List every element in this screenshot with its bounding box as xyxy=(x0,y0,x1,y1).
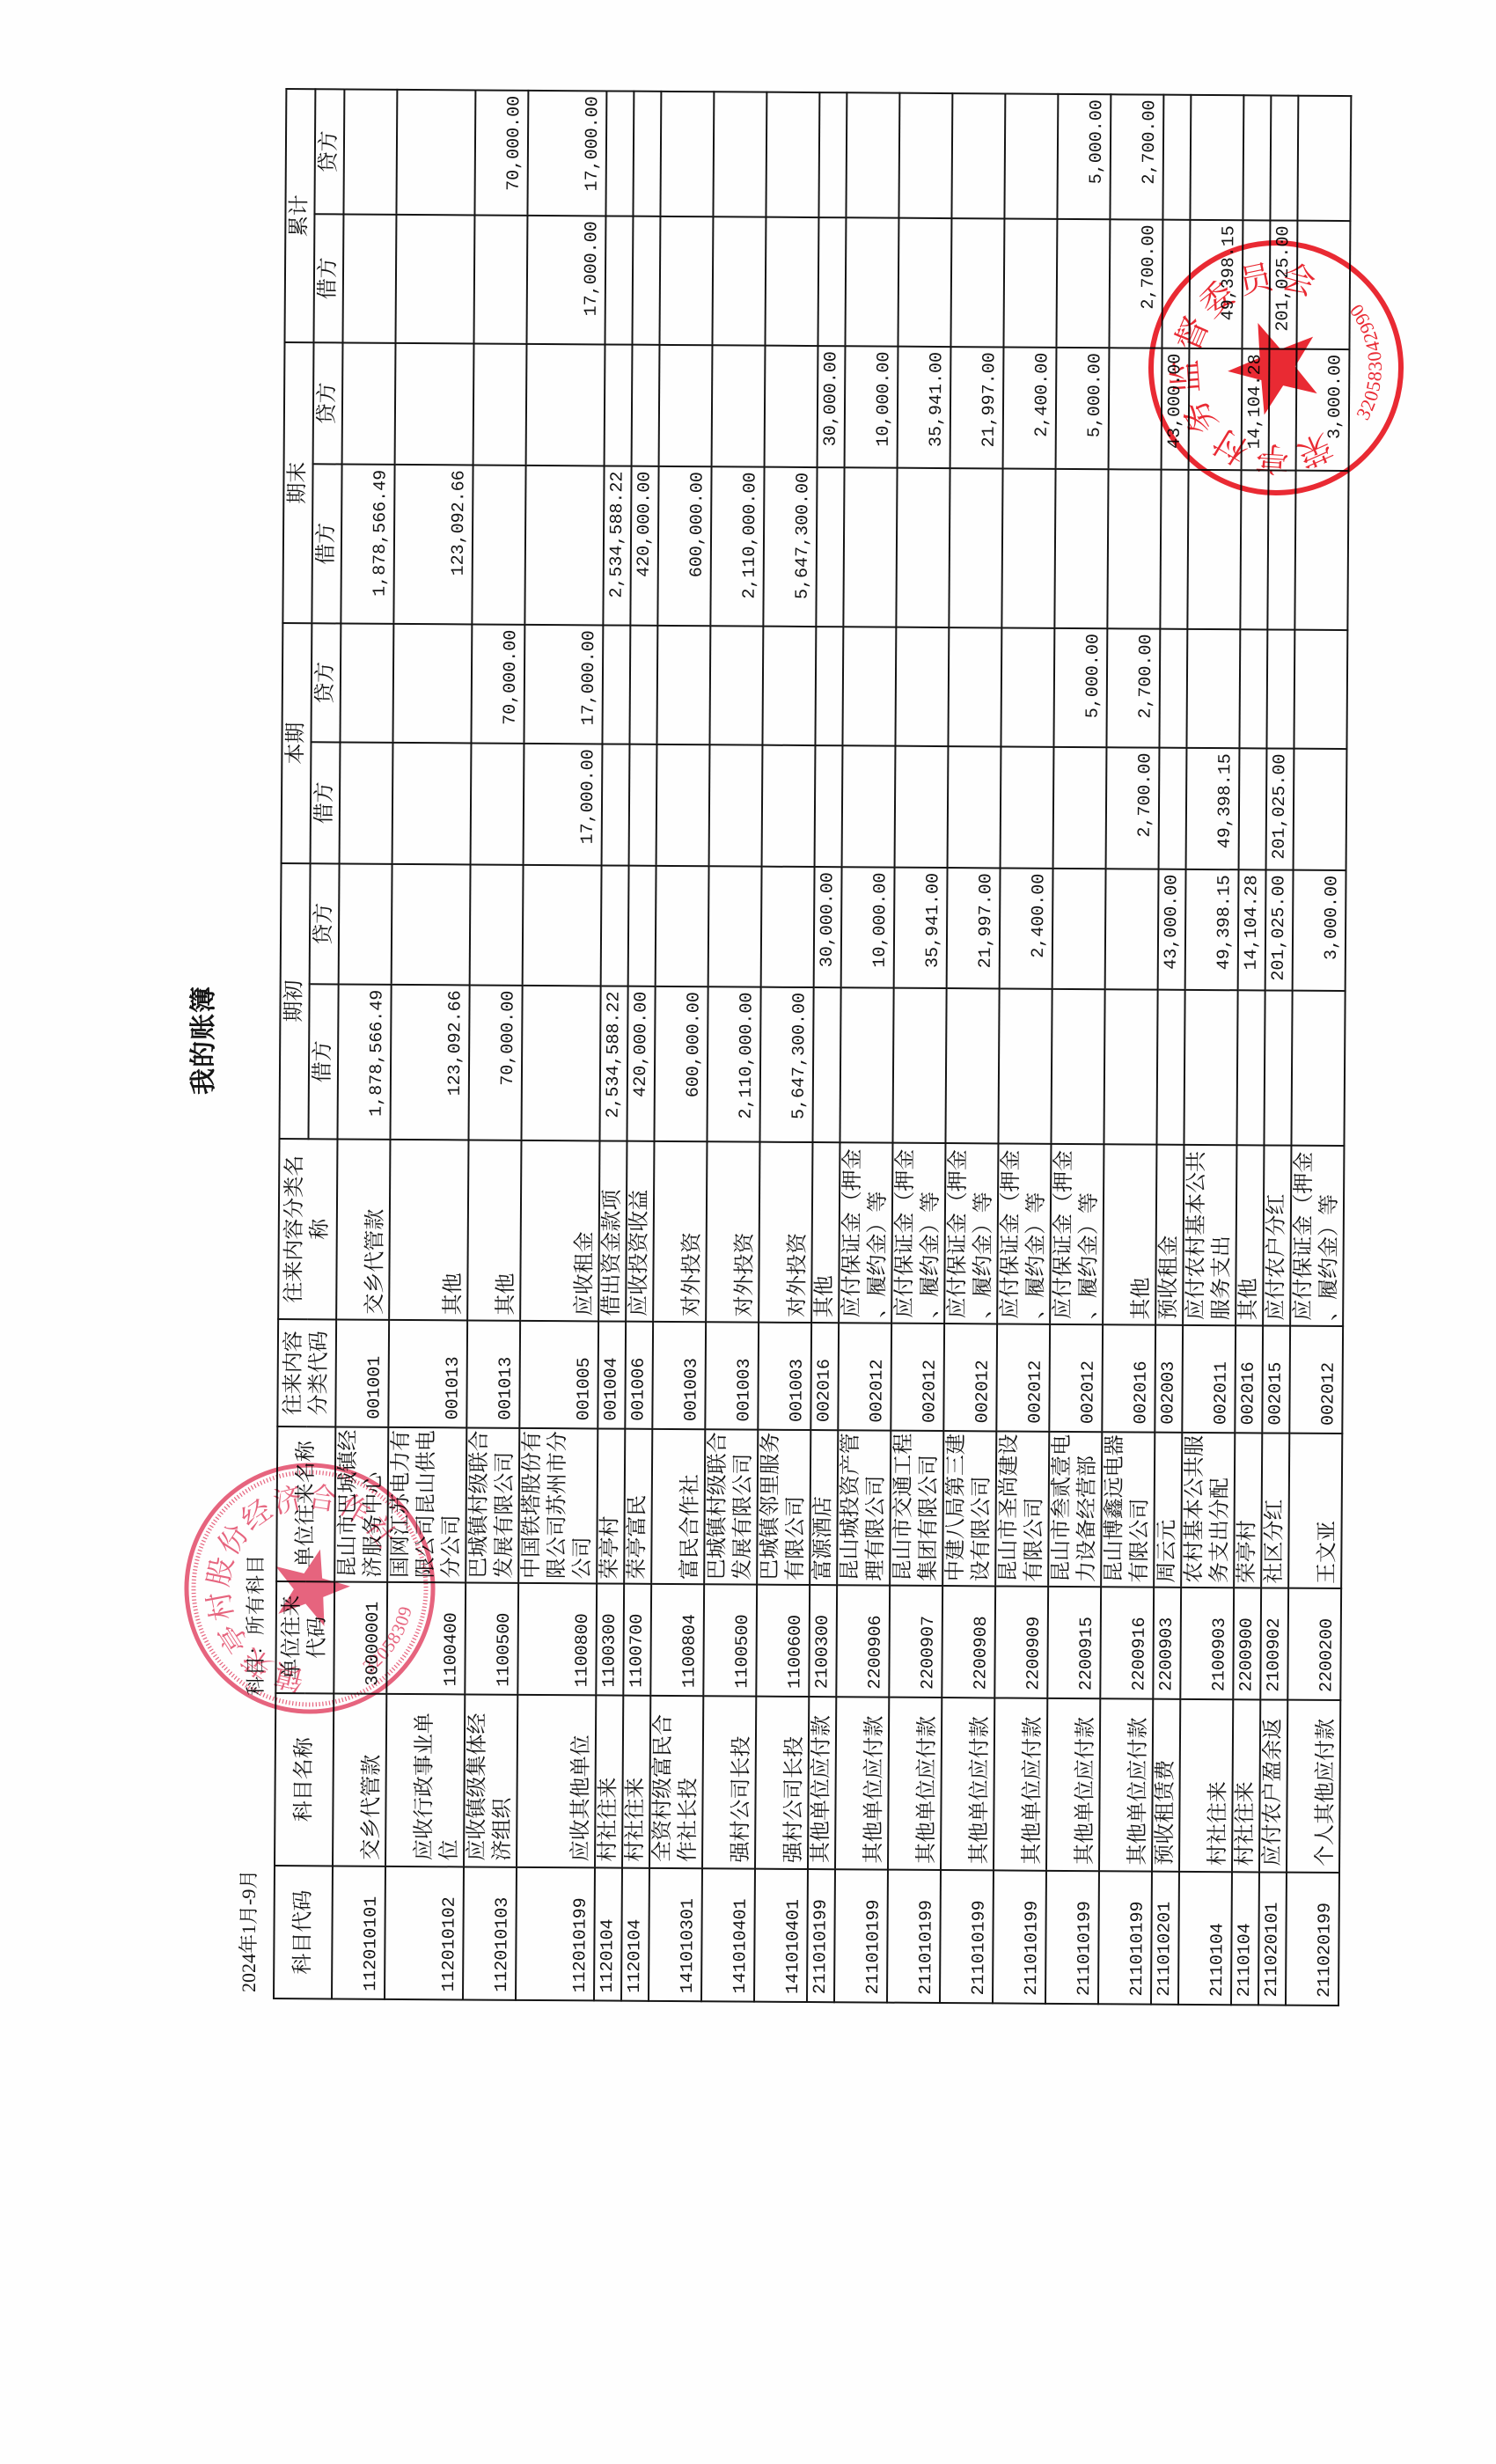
cell-subject-code-value: 211010199 xyxy=(808,1870,834,1994)
cell-unit-name-value: 巴城镇村级联合发展有限公司 xyxy=(705,1430,757,1580)
header-content-name-label: 往来内容分类名称 xyxy=(282,1149,334,1309)
cell-unit-code: 2200908 xyxy=(942,1586,995,1698)
cell-unit-name: 王文亚 xyxy=(1288,1434,1342,1588)
cell-content-name: 其他 xyxy=(1236,1145,1264,1325)
cell-unit-name: 社区分红 xyxy=(1261,1433,1289,1588)
cell-closing-debit-value: 600,000.00 xyxy=(684,472,710,625)
cell-period-credit xyxy=(1159,629,1187,748)
cell-content-name: 应付农户分红 xyxy=(1263,1145,1291,1325)
header-opening-credit: 贷方 xyxy=(310,863,340,984)
cell-subject-name: 应收镇级集体经济组织 xyxy=(464,1694,517,1866)
header-content-name: 往来内容分类名称 xyxy=(278,1139,337,1319)
cell-content-name: 应付保证金（押金、履约金）等 xyxy=(1290,1146,1344,1326)
cell-subject-code-value: 1120104 xyxy=(595,1868,621,1992)
cell-content-name-value: 对外投资 xyxy=(732,1144,759,1316)
cell-subject-name: 其他单位应付款 xyxy=(888,1698,942,1870)
cell-subject-code: 112010103 xyxy=(463,1866,517,1999)
header-closing-credit: 贷方 xyxy=(313,342,343,464)
cell-subject-name: 其他单位应付款 xyxy=(994,1698,1047,1870)
cell-opening-debit-value: 420,000.00 xyxy=(627,992,654,1140)
cell-closing-credit-value: 10,000.00 xyxy=(871,351,898,466)
cell-closing-debit: 600,000.00 xyxy=(657,466,711,626)
cell-opening-debit-value: 1,878,566.49 xyxy=(363,990,390,1139)
cell-opening-debit-value: 5,647,300.00 xyxy=(786,993,812,1141)
cell-period-debit xyxy=(471,743,524,864)
cell-period-credit xyxy=(709,626,763,744)
cell-subject-code-value: 211010199 xyxy=(913,1871,940,1995)
cell-period-credit xyxy=(629,626,657,744)
cell-opening-debit xyxy=(840,987,893,1142)
cell-period-credit-value: 2,700.00 xyxy=(1133,634,1159,746)
cell-closing-debit-value: 1,878,566.49 xyxy=(367,470,393,623)
cell-cumulative-debit xyxy=(950,218,1004,347)
period-label: 2024年1月-9月 xyxy=(234,1870,261,1992)
cell-closing-credit xyxy=(605,344,633,466)
cell-closing-credit xyxy=(659,345,713,466)
cell-closing-credit xyxy=(395,343,474,466)
header-cumulative: 累计 xyxy=(284,89,315,342)
cell-content-code: 001003 xyxy=(705,1322,759,1429)
cell-subject-name-value: 强村公司长投 xyxy=(729,1700,755,1862)
cell-opening-credit-value: 2,400.00 xyxy=(1026,874,1052,988)
cell-cumulative-credit-value: 2,700.00 xyxy=(1136,99,1162,218)
cell-subject-name-value: 村社往来 xyxy=(1233,1704,1259,1866)
cell-period-credit-value: 5,000.00 xyxy=(1080,634,1106,746)
cell-unit-name: 昆山城投资产管理有限公司 xyxy=(837,1430,891,1585)
cell-opening-credit xyxy=(1052,869,1106,989)
cell-period-credit xyxy=(1294,630,1347,749)
cell-cumulative-debit xyxy=(818,217,846,346)
cell-unit-code: 1100804 xyxy=(650,1584,704,1696)
cell-content-name-value: 应付保证金（押金、履约金）等 xyxy=(945,1146,997,1318)
cell-cumulative-credit xyxy=(660,92,714,216)
cell-cumulative-credit xyxy=(818,92,847,217)
cell-subject-code: 112010102 xyxy=(385,1866,464,2000)
cell-subject-code-value: 211010199 xyxy=(966,1871,993,1995)
cell-subject-code-value: 211010199 xyxy=(1125,1872,1151,1996)
cell-subject-name-value: 应收镇级集体经济组织 xyxy=(465,1698,517,1860)
cell-period-debit xyxy=(1239,748,1267,869)
cell-closing-debit: 123,092.66 xyxy=(393,465,473,625)
cell-opening-debit: 123,092.66 xyxy=(390,985,469,1140)
cell-subject-name: 全资村级富民合作社长投 xyxy=(649,1696,703,1868)
cell-closing-credit-value: 35,941.00 xyxy=(924,352,950,467)
cell-opening-debit: 420,000.00 xyxy=(627,986,655,1141)
cell-unit-code: 2200900 xyxy=(1233,1588,1261,1699)
cell-cumulative-credit: 5,000.00 xyxy=(1057,94,1111,219)
cell-subject-name: 村社往来 xyxy=(1232,1699,1260,1872)
cell-content-code: 002012 xyxy=(943,1324,997,1431)
cell-opening-credit xyxy=(1105,869,1159,989)
cell-content-name: 借出资金款项 xyxy=(598,1140,627,1321)
cell-subject-name: 其他单位应付款 xyxy=(941,1698,994,1870)
cell-opening-debit-value: 2,110,000.00 xyxy=(733,992,759,1140)
cell-content-code: 002011 xyxy=(1182,1325,1236,1433)
cell-subject-code-value: 112010102 xyxy=(436,1867,463,1991)
cell-cumulative-credit-value: 5,000.00 xyxy=(1083,99,1110,218)
cell-period-debit xyxy=(392,743,472,865)
cell-period-credit xyxy=(1186,629,1240,748)
cell-cumulative-credit xyxy=(633,92,661,216)
cell-subject-code: 211010199 xyxy=(1045,1871,1099,2004)
cell-period-credit xyxy=(602,625,630,744)
cell-content-code-value: 002011 xyxy=(1208,1326,1235,1425)
cell-subject-code-value: 211020101 xyxy=(1259,1873,1286,1997)
cell-subject-code-value: 211010199 xyxy=(1019,1872,1045,1996)
cell-subject-name-value: 其他单位应付款 xyxy=(1126,1703,1152,1865)
cell-unit-code: 2200907 xyxy=(889,1586,942,1698)
cell-period-debit xyxy=(895,746,949,868)
cell-subject-name: 村社往来 xyxy=(595,1695,623,1867)
ledger-row: 112010102应收行政事业单位1100400国网江苏电力有限公司昆山供电分公… xyxy=(385,90,475,2000)
cell-content-name-value: 交乡代管款 xyxy=(363,1142,389,1315)
cell-cumulative-credit: 2,700.00 xyxy=(1110,94,1163,219)
cell-unit-code-value: 1100600 xyxy=(782,1586,809,1689)
cell-content-name-value: 其他 xyxy=(1236,1148,1263,1320)
cell-subject-name-value: 村社往来 xyxy=(623,1700,649,1862)
cell-closing-credit: 35,941.00 xyxy=(898,347,951,468)
cell-content-name-value: 对外投资 xyxy=(785,1145,811,1317)
cell-opening-credit: 49,398.15 xyxy=(1185,869,1239,990)
cell-content-code: 001006 xyxy=(625,1322,653,1429)
cell-opening-debit xyxy=(998,988,1052,1143)
cell-closing-credit xyxy=(712,345,766,466)
cell-opening-debit: 2,110,000.00 xyxy=(707,986,760,1141)
cell-opening-credit xyxy=(761,867,815,987)
cell-subject-code: 1120104 xyxy=(621,1868,649,2001)
cell-subject-name-value: 全资村级富民合作社长投 xyxy=(650,1700,702,1862)
cell-period-credit xyxy=(1001,627,1054,746)
cell-opening-credit xyxy=(523,865,602,986)
cell-cumulative-credit xyxy=(1190,95,1243,220)
cell-unit-code-value: 2200906 xyxy=(862,1586,889,1689)
cell-content-code-value: 001013 xyxy=(440,1321,466,1419)
cell-content-code-value: 002016 xyxy=(811,1324,838,1422)
cell-subject-code: 211020199 xyxy=(1286,1873,1339,2006)
cell-opening-debit: 70,000.00 xyxy=(468,985,522,1140)
cell-content-code-value: 001003 xyxy=(731,1323,758,1421)
cell-period-debit xyxy=(629,744,657,866)
cell-period-credit xyxy=(340,623,393,742)
cell-period-credit xyxy=(762,627,816,745)
cell-opening-debit xyxy=(521,986,600,1141)
cell-subject-name: 个人其他应付款 xyxy=(1287,1700,1340,1873)
cell-closing-credit xyxy=(765,346,818,467)
cell-unit-name: 昆山市交通工程集团有限公司 xyxy=(890,1431,943,1586)
cell-subject-code: 112010199 xyxy=(516,1867,595,2001)
cell-period-credit xyxy=(815,627,843,745)
cell-subject-name: 应收行政事业单位 xyxy=(385,1694,465,1867)
cell-content-name-value: 应付保证金（押金、履约金）等 xyxy=(998,1146,1050,1318)
cell-closing-debit: 5,647,300.00 xyxy=(763,467,817,627)
cell-opening-debit-value: 2,534,588.22 xyxy=(600,991,627,1140)
cell-closing-debit-value: 5,647,300.00 xyxy=(789,473,816,626)
cell-period-debit xyxy=(1159,748,1187,869)
cell-unit-code-value: 2200915 xyxy=(1074,1588,1100,1690)
cell-unit-code-value: 1100804 xyxy=(677,1585,703,1688)
cell-cumulative-debit xyxy=(473,215,527,343)
cell-cumulative-credit: 70,000.00 xyxy=(474,90,528,215)
cell-content-name: 交乡代管款 xyxy=(336,1139,390,1319)
cell-content-code-value: 002012 xyxy=(917,1324,943,1423)
cell-content-name-value: 应付保证金（押金、履约金）等 xyxy=(840,1145,891,1317)
cell-cumulative-debit-value: 17,000.00 xyxy=(578,221,605,343)
cell-unit-code-value: 2100902 xyxy=(1261,1588,1287,1691)
cell-opening-debit xyxy=(1051,989,1104,1144)
cell-unit-code-value: 1100500 xyxy=(491,1584,517,1687)
cell-period-debit xyxy=(1053,747,1107,869)
cell-closing-credit xyxy=(473,343,527,465)
cell-cumulative-debit xyxy=(342,214,396,342)
cell-unit-name: 荣亭村 xyxy=(597,1428,625,1583)
cell-content-code: 002016 xyxy=(1102,1324,1155,1432)
cell-closing-debit-value: 2,110,000.00 xyxy=(737,472,763,625)
cell-content-code-value: 002016 xyxy=(1236,1326,1262,1425)
cell-unit-name: 昆山市叁贰壹电力设备经营部 xyxy=(1048,1432,1102,1587)
cell-unit-code: 1100700 xyxy=(623,1584,651,1696)
cell-unit-name: 荣亭富民 xyxy=(624,1429,652,1584)
cell-subject-name: 村社往来 xyxy=(622,1696,650,1868)
cell-content-name-value: 应收投资收益 xyxy=(627,1144,653,1316)
cell-closing-debit-value: 2,534,588.22 xyxy=(604,471,630,624)
cell-closing-debit xyxy=(472,465,525,624)
cell-subject-name: 预收租赁费 xyxy=(1152,1699,1180,1872)
cell-content-name: 其他 xyxy=(1103,1144,1156,1324)
cell-opening-debit xyxy=(1184,990,1237,1145)
cell-content-code: 001013 xyxy=(466,1320,520,1427)
cell-content-name: 对外投资 xyxy=(706,1141,759,1322)
header-period-credit: 贷方 xyxy=(311,623,341,742)
cell-content-code: 001003 xyxy=(652,1322,706,1429)
cell-period-debit-value: 2,700.00 xyxy=(1133,752,1159,868)
cell-cumulative-credit xyxy=(1004,93,1058,218)
cell-content-name: 应付保证金（押金、履约金）等 xyxy=(1050,1144,1104,1324)
cell-closing-debit: 1,878,566.49 xyxy=(341,464,394,623)
cell-closing-credit xyxy=(632,345,660,466)
header-subject-code-label: 科目代码 xyxy=(290,1866,317,1998)
cell-subject-name: 其他单位应付款 xyxy=(1099,1698,1153,1871)
cell-subject-code: 141010301 xyxy=(649,1868,702,2001)
cell-content-name-value: 借出资金款项 xyxy=(599,1143,626,1316)
header-subject-code: 科目代码 xyxy=(274,1866,333,1998)
cell-subject-code: 2110104 xyxy=(1231,1872,1259,2005)
cell-period-debit xyxy=(762,745,816,867)
header-closing: 期末 xyxy=(282,342,313,623)
cell-unit-code-value: 2100300 xyxy=(810,1586,836,1689)
cell-subject-name: 其他单位应付款 xyxy=(835,1697,889,1869)
cell-closing-credit-value: 2,400.00 xyxy=(1030,353,1056,468)
cell-unit-code: 2200915 xyxy=(1047,1587,1101,1698)
cell-unit-name: 昆山市圣尚建设有限公司 xyxy=(995,1431,1049,1586)
cell-closing-credit: 2,400.00 xyxy=(1003,347,1057,468)
cell-subject-name-value: 应收其他单位 xyxy=(568,1699,595,1861)
cell-cumulative-debit xyxy=(712,216,766,345)
cell-subject-code: 112010101 xyxy=(332,1866,385,1998)
cell-subject-name: 其他单位应付款 xyxy=(808,1697,836,1869)
cell-subject-name: 其他单位应付款 xyxy=(1046,1698,1100,1871)
cell-subject-name-value: 其他单位应付款 xyxy=(1073,1703,1099,1865)
cell-unit-code: 1100500 xyxy=(703,1584,757,1696)
cell-unit-name-value: 昆山城投资产管理有限公司 xyxy=(838,1431,890,1580)
cell-unit-code: 2100902 xyxy=(1260,1588,1288,1699)
cell-period-debit: 201,025.00 xyxy=(1266,748,1294,869)
cell-closing-credit xyxy=(526,344,605,466)
seal-code-path: 32058309 xyxy=(355,1598,422,1682)
cell-unit-name-value: 昆山市圣尚建设有限公司 xyxy=(996,1432,1048,1581)
cell-opening-credit-value: 3,000.00 xyxy=(1319,876,1346,990)
cell-content-code: 001005 xyxy=(519,1321,598,1429)
cell-unit-code-value: 2200200 xyxy=(1314,1589,1340,1692)
cell-unit-code: 2200200 xyxy=(1287,1588,1341,1700)
cell-content-code-value: 001004 xyxy=(598,1322,625,1420)
cell-content-name: 其他 xyxy=(467,1140,521,1320)
cell-cumulative-credit xyxy=(951,93,1005,218)
cell-content-name: 其他 xyxy=(811,1142,840,1323)
cell-content-name-value: 其他 xyxy=(494,1143,520,1316)
cell-content-code-value: 001003 xyxy=(678,1323,705,1421)
cell-subject-code: 211010199 xyxy=(940,1870,994,2003)
cell-unit-name: 富民合作社 xyxy=(651,1429,705,1584)
cell-subject-code-value: 141010401 xyxy=(728,1869,754,1993)
cell-opening-debit: 5,647,300.00 xyxy=(759,987,813,1142)
cell-unit-name-value: 富民合作社 xyxy=(678,1430,704,1580)
cell-subject-code: 211010199 xyxy=(807,1869,835,2002)
cell-subject-code-value: 2110104 xyxy=(1205,1873,1231,1997)
cell-content-code: 001001 xyxy=(335,1319,389,1426)
cell-cumulative-credit xyxy=(1270,95,1298,220)
cell-period-credit: 70,000.00 xyxy=(471,624,524,743)
cell-subject-code-value: 211010199 xyxy=(1072,1872,1098,1996)
cell-unit-code-value: 1100700 xyxy=(624,1585,650,1688)
cell-unit-code: 2100903 xyxy=(1180,1588,1234,1699)
cell-content-name: 对外投资 xyxy=(759,1142,812,1323)
supervision-seal: 荣亭村务监督委员会 320583042990 xyxy=(1135,227,1417,509)
cell-period-debit xyxy=(340,742,393,863)
cell-content-code-value: 002003 xyxy=(1155,1326,1182,1425)
cell-opening-credit-value: 49,398.15 xyxy=(1212,875,1238,989)
cell-subject-name-value: 强村公司长投 xyxy=(781,1701,808,1863)
ledger-row: 112010199应收其他单位1100800中国铁塔股份有限公司苏州市分公司00… xyxy=(516,91,606,2001)
cell-period-debit xyxy=(842,745,896,867)
cell-unit-name: 中国铁塔股份有限公司苏州市分公司 xyxy=(518,1428,598,1584)
cell-closing-credit-value: 30,000.00 xyxy=(818,351,845,466)
cell-closing-debit: 2,110,000.00 xyxy=(710,466,764,626)
cell-opening-debit xyxy=(1104,989,1157,1144)
cell-subject-code: 211020101 xyxy=(1258,1872,1287,2005)
cell-period-debit xyxy=(656,744,710,866)
cell-unit-name-value: 农村基本公共服务支出分配 xyxy=(1182,1434,1234,1583)
cell-subject-name-value: 其他单位应付款 xyxy=(1020,1703,1046,1865)
cell-opening-debit: 2,534,588.22 xyxy=(599,986,627,1140)
cell-subject-name: 应付农户盈余返 xyxy=(1259,1699,1287,1872)
cell-closing-debit xyxy=(949,468,1002,627)
cell-opening-debit xyxy=(1291,991,1345,1146)
cell-period-credit xyxy=(1266,629,1294,748)
cell-unit-code: 2100300 xyxy=(809,1585,837,1697)
cell-closing-credit: 21,997.00 xyxy=(950,347,1004,468)
cell-unit-code-value: 2200907 xyxy=(915,1587,942,1690)
cell-cumulative-credit xyxy=(1297,96,1351,221)
cell-unit-name-value: 荣亭村 xyxy=(598,1429,624,1579)
cell-subject-code-value: 141010401 xyxy=(781,1870,807,1994)
cell-content-code: 002016 xyxy=(1235,1325,1263,1433)
cell-content-code: 002016 xyxy=(810,1323,839,1430)
cell-subject-code: 211010199 xyxy=(834,1869,888,2002)
cell-period-credit: 17,000.00 xyxy=(524,625,603,744)
cell-cumulative-credit-value xyxy=(1349,101,1350,220)
cell-cumulative-debit xyxy=(659,216,713,345)
cell-content-name-value: 应收租金 xyxy=(572,1143,598,1316)
cell-subject-name-value: 应付农户盈余返 xyxy=(1260,1704,1287,1866)
cell-subject-name-value: 其他单位应付款 xyxy=(967,1702,994,1864)
cell-content-code-value: 001005 xyxy=(571,1322,598,1420)
header-period-debit: 借方 xyxy=(311,742,341,863)
cell-unit-name: 巴城镇邻里服务有限公司 xyxy=(757,1430,810,1585)
cell-cumulative-credit xyxy=(343,89,397,214)
cell-unit-code-value: 2200909 xyxy=(1021,1588,1047,1690)
cell-cumulative-debit xyxy=(765,217,818,346)
cell-content-name-value: 其他 xyxy=(812,1145,839,1317)
cell-content-name: 预收租金 xyxy=(1155,1145,1184,1325)
cell-content-code: 001013 xyxy=(388,1320,467,1428)
cell-cumulative-debit xyxy=(898,218,951,347)
cell-cumulative-credit xyxy=(396,90,475,216)
cell-closing-credit-value: 21,997.00 xyxy=(977,352,1003,467)
cell-content-code: 001003 xyxy=(758,1323,811,1430)
cell-period-debit-value: 17,000.00 xyxy=(576,749,602,864)
cell-unit-name-value: 富源酒店 xyxy=(810,1431,837,1580)
ledger-sheet: 我的账簿 2024年1月-9月 科目：所有科目 科目代码 科目名称 单位往来代码… xyxy=(0,0,1496,2464)
cell-opening-debit-value: 123,092.66 xyxy=(442,990,468,1139)
cell-closing-credit: 10,000.00 xyxy=(845,346,898,467)
cell-content-code: 002012 xyxy=(891,1324,944,1431)
cell-opening-debit-value: 600,000.00 xyxy=(680,992,707,1140)
cell-opening-credit-value: 35,941.00 xyxy=(920,873,947,987)
cell-subject-code-value: 211020199 xyxy=(1312,1874,1338,1998)
cell-opening-credit xyxy=(470,864,524,985)
cell-opening-debit xyxy=(1156,990,1184,1145)
cell-content-name-value: 其他 xyxy=(1129,1147,1155,1319)
cell-period-credit-value: 17,000.00 xyxy=(576,630,602,743)
cell-opening-credit-value: 201,025.00 xyxy=(1266,875,1293,989)
cell-content-name-value: 预收租金 xyxy=(1156,1148,1183,1320)
star-icon xyxy=(1224,319,1318,417)
cell-unit-code: 1100500 xyxy=(465,1582,518,1694)
cell-subject-code: 211010199 xyxy=(1098,1871,1152,2004)
cell-subject-name-value: 其他单位应付款 xyxy=(809,1701,835,1863)
cell-subject-code: 211010201 xyxy=(1151,1872,1179,2005)
cell-content-code-value: 002012 xyxy=(970,1324,996,1423)
cell-subject-code-value: 2110104 xyxy=(1232,1873,1258,1997)
cell-closing-credit: 5,000.00 xyxy=(1056,348,1110,469)
cell-opening-credit xyxy=(656,866,709,986)
cell-unit-name: 中建八局第三建设有限公司 xyxy=(942,1431,996,1586)
cell-opening-credit: 201,025.00 xyxy=(1265,869,1294,990)
cell-cumulative-debit xyxy=(605,216,633,344)
cell-cumulative-credit xyxy=(766,92,819,217)
cell-unit-name-value: 王文亚 xyxy=(1315,1434,1341,1584)
cell-period-debit-value: 201,025.00 xyxy=(1267,753,1294,869)
cell-closing-debit xyxy=(816,467,844,627)
cell-unit-name-value: 社区分红 xyxy=(1262,1434,1288,1583)
cell-unit-name-value: 昆山市叁贰壹电力设备经营部 xyxy=(1049,1433,1101,1582)
seal-code: 32058309 xyxy=(355,1598,422,1682)
cell-opening-credit-value: 14,104.28 xyxy=(1239,875,1265,989)
cell-content-code: 002012 xyxy=(1049,1324,1103,1432)
cell-period-credit xyxy=(1239,629,1267,748)
cell-unit-code-value: 1100300 xyxy=(597,1584,623,1687)
cell-opening-credit-value: 21,997.00 xyxy=(973,873,1000,987)
